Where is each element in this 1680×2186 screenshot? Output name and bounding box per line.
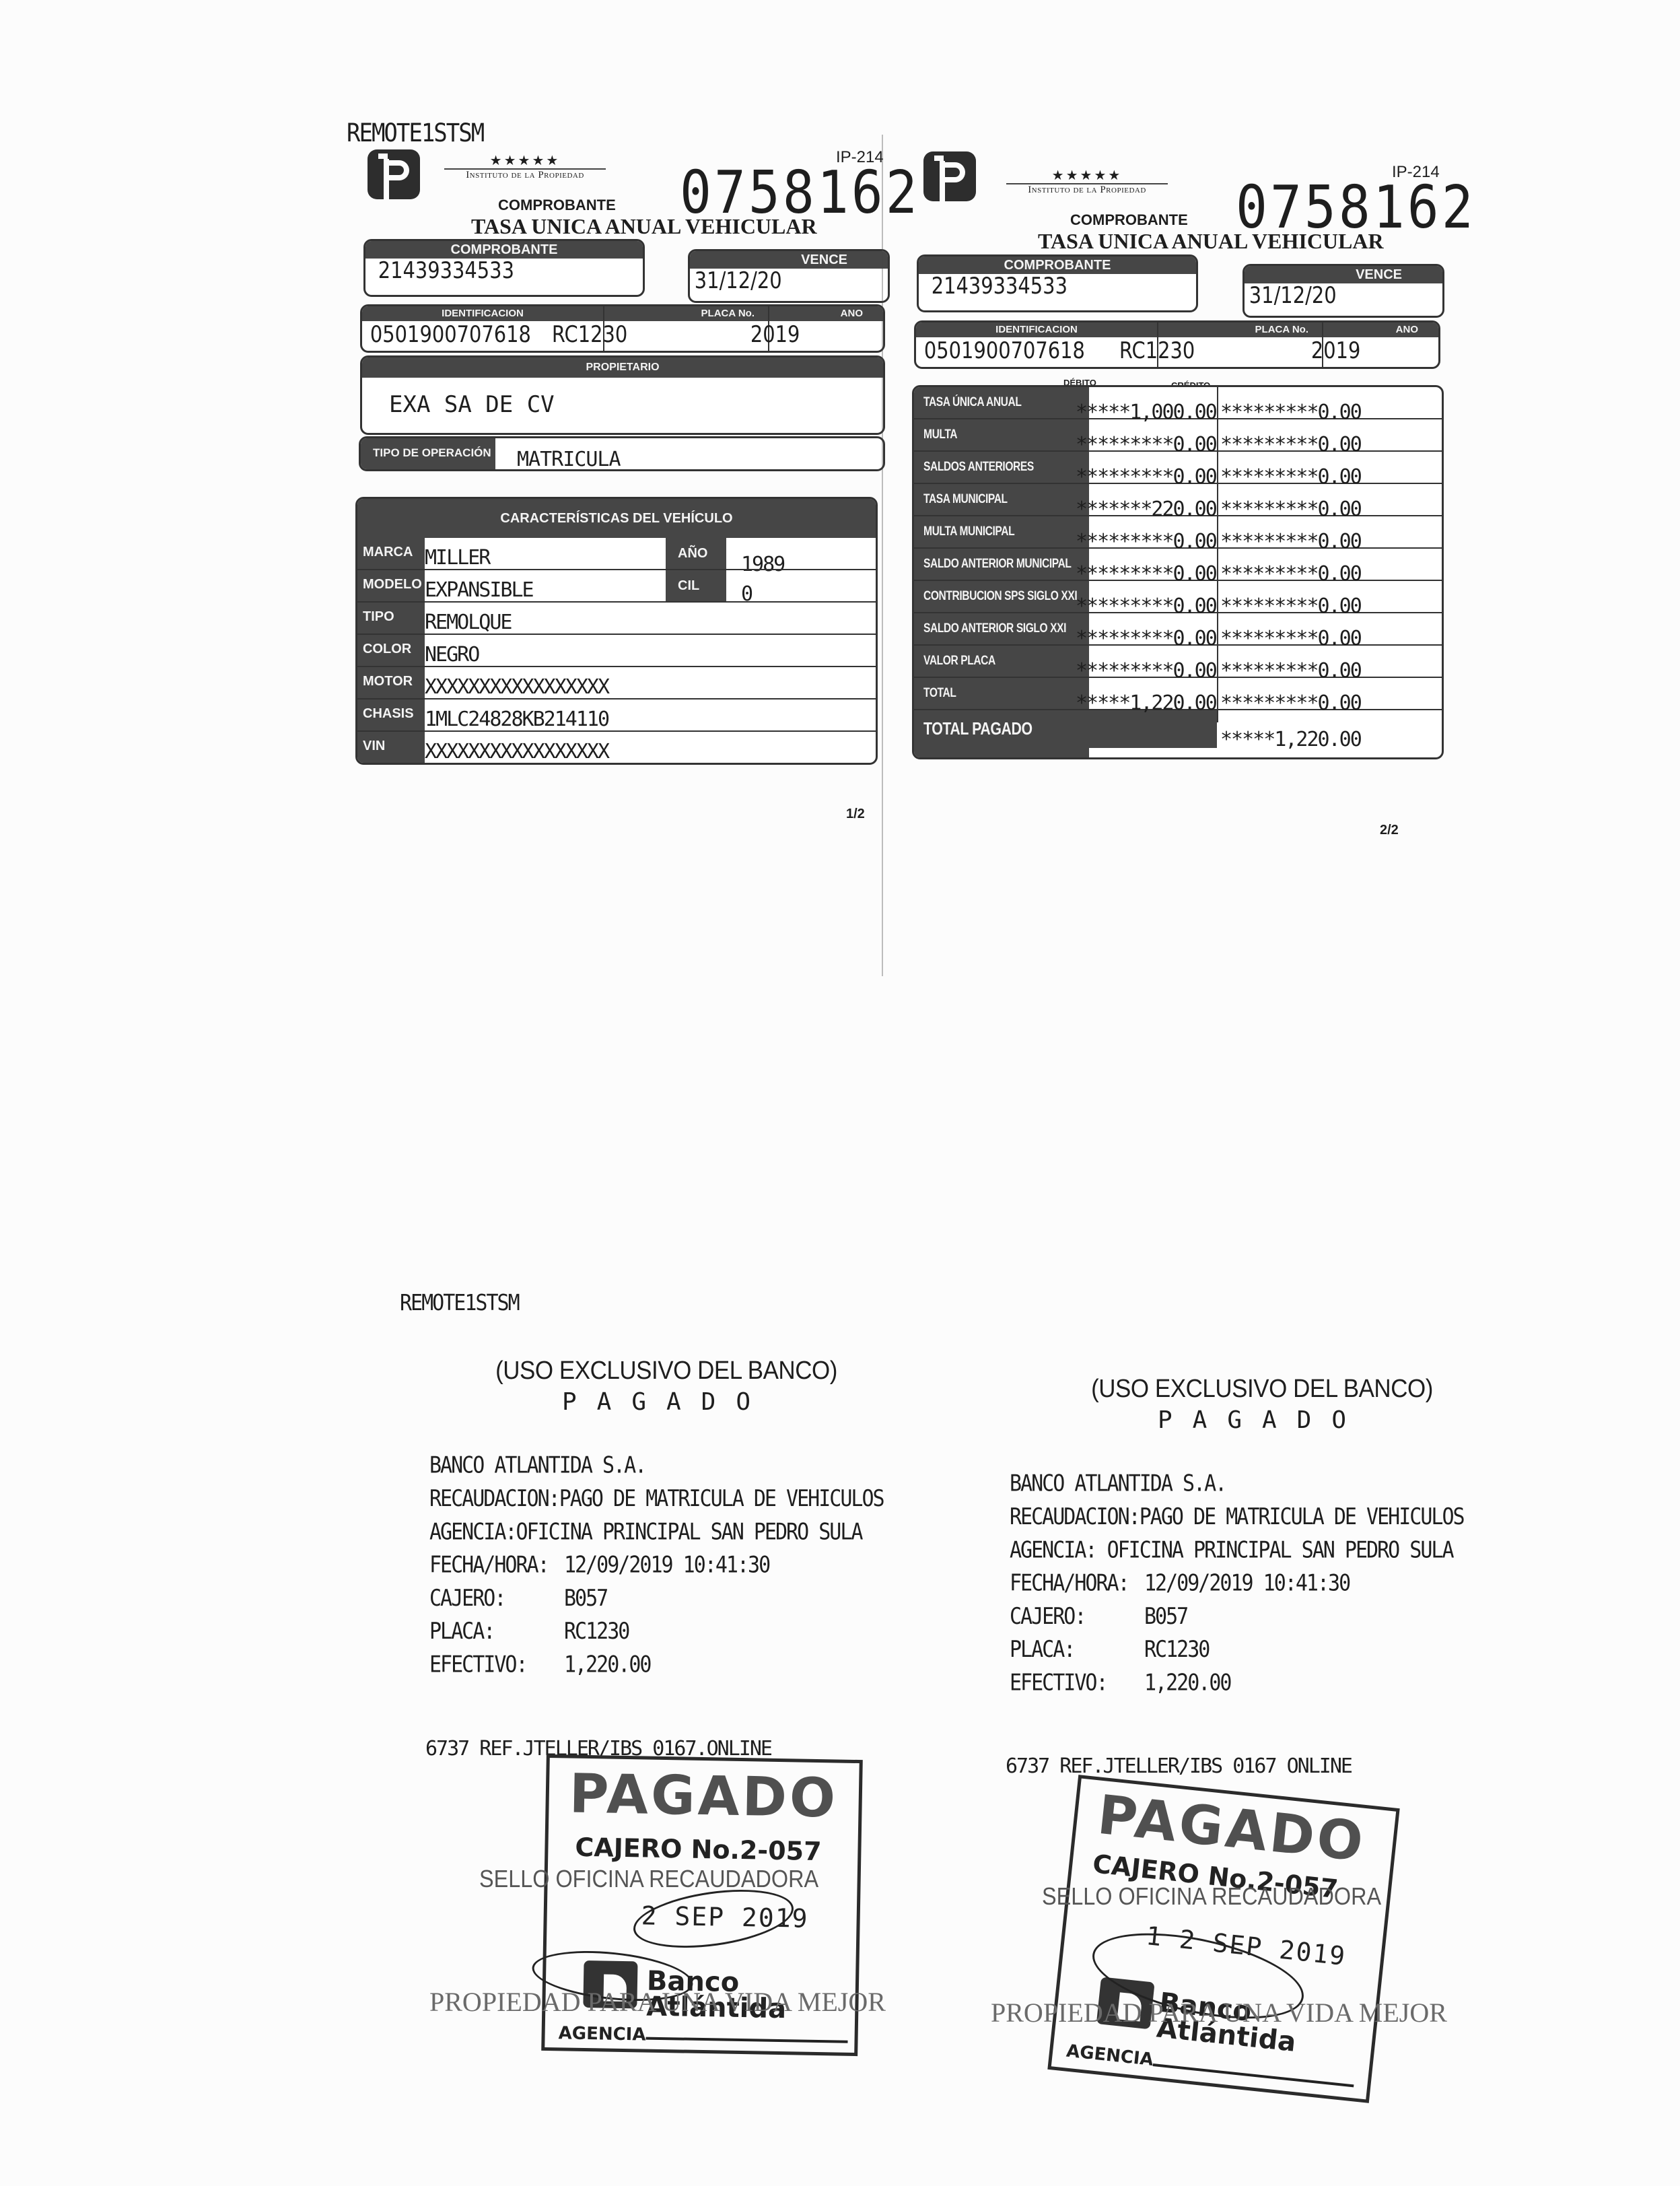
charges-table: TASA ÚNICA ANUAL*****1,000.00*********0.…: [912, 385, 1444, 759]
text-field: AGENCIA:: [429, 1519, 516, 1545]
receipt-line: EFECTIVO:1,220.00: [429, 1649, 902, 1682]
placa-value: RC1230: [1111, 337, 1290, 364]
receipt-line: FECHA/HORA:12/09/2019 10:41:30: [429, 1549, 902, 1582]
text-field: *********0.00: [1220, 594, 1361, 618]
text-field: FECHA/HORA:: [429, 1549, 564, 1582]
text-field: 12/09/2019 10:41:30: [1144, 1570, 1350, 1596]
text-field: EFECTIVO:: [1010, 1667, 1144, 1700]
identification-row-left: IDENTIFICACION 0501900707618 PLACA No. R…: [360, 304, 885, 353]
receipt-line: EFECTIVO:1,220.00: [1010, 1667, 1508, 1700]
text-field: VALOR PLACA: [923, 654, 995, 669]
vehicle-row: CHASIS1MLC24828KB214110: [357, 699, 876, 732]
text-field: CONTRIBUCION SPS SIGLO XXI: [923, 589, 1077, 604]
operation-type-box: TIPO DE OPERACIÓN MATRICULA: [359, 436, 885, 471]
institution-left: ★★★★★ Instituto de la Propiedad: [444, 153, 606, 181]
text-field: *********0.00: [1220, 433, 1361, 456]
receipt-line: CAJERO:B057: [1010, 1600, 1508, 1633]
text-field: SALDOS ANTERIORES: [923, 460, 1034, 475]
text-field: *********0.00: [1076, 562, 1216, 586]
bank-status: PAGADO: [431, 1388, 902, 1416]
comprobante-value: 21439334533: [365, 259, 601, 283]
vehicle-title: CARACTERÍSTICAS DEL VEHÍCULO: [357, 499, 876, 538]
document-title-right: TASA UNICA ANUAL VEHICULAR: [1038, 229, 1384, 254]
charge-row: MULTA*********0.00*********0.00: [914, 419, 1442, 452]
text-field: *********0.00: [1220, 659, 1361, 683]
vehicle-row: TIPOREMOLQUE: [357, 603, 876, 635]
charge-row: SALDOS ANTERIORES*********0.00*********0…: [914, 452, 1442, 484]
receipt-line: RECAUDACION:PAGO DE MATRICULA DE VEHICUL…: [1010, 1501, 1508, 1534]
comprobante-label: COMPROBANTE: [365, 241, 643, 259]
text-field: OFICINA PRINCIPAL SAN PEDRO SULA: [516, 1519, 862, 1545]
text-field: *****1,220.00: [1076, 691, 1216, 715]
total-paid-label: TOTAL PAGADO: [923, 718, 1032, 739]
text-field: *********0.00: [1076, 433, 1216, 456]
text-field: MULTA MUNICIPAL: [923, 524, 1014, 539]
charge-row: CONTRIBUCION SPS SIGLO XXI*********0.00*…: [914, 581, 1442, 613]
bank-header-code: REMOTE1STSM: [400, 1290, 519, 1316]
text-field: 1,220.00: [1144, 1670, 1231, 1696]
receipt-line: PLACA:RC1230: [1010, 1633, 1508, 1666]
owner-box: PROPIETARIO EXA SA DE CV: [360, 355, 885, 435]
tipo-operacion-value: MATRICULA: [517, 448, 621, 471]
vehicle-row: COLORNEGRO: [357, 635, 876, 667]
vence-label: VENCE: [1245, 266, 1442, 283]
charge-row: TASA MUNICIPAL*******220.00*********0.00: [914, 484, 1442, 516]
propietario-value: EXA SA DE CV: [362, 378, 883, 418]
vence-value: 31/12/20: [690, 269, 858, 293]
text-field: AGENCIA:: [1010, 1537, 1096, 1563]
text-field: SALDO ANTERIOR SIGLO XXI: [923, 621, 1066, 636]
text-field: *********0.00: [1220, 691, 1361, 715]
page-number-2: 2/2: [1380, 823, 1399, 838]
receipt-line: PLACA:RC1230: [429, 1615, 902, 1648]
bank-use-label: (USO EXCLUSIVO DEL BANCO): [1036, 1375, 1488, 1404]
identificacion-label: IDENTIFICACION: [916, 322, 1157, 337]
vence-box-right: VENCE 31/12/20: [1242, 264, 1444, 318]
identificacion-value: 0501900707618: [916, 337, 1121, 364]
total-paid-value: *****1,220.00: [1220, 728, 1361, 751]
text-field: B057: [564, 1585, 607, 1612]
vehicle-row-value: REMOLQUE: [425, 611, 512, 634]
vehicle-row-label: MOTOR: [363, 674, 413, 689]
vehicle-row-label: MARCA: [363, 545, 413, 560]
document-title-left: TASA UNICA ANUAL VEHICULAR: [471, 214, 817, 239]
ip-logo-left: [367, 149, 420, 199]
slogan-left: PROPIEDAD PARA UNA VIDA MEJOR: [429, 1986, 886, 2018]
comprobante-box-left: COMPROBANTE 21439334533: [363, 239, 645, 297]
document-header-code: REMOTE1STSM: [347, 118, 483, 148]
stamp-agencia: AGENCIA: [1065, 2041, 1154, 2070]
receipt-line: FECHA/HORA:12/09/2019 10:41:30: [1010, 1567, 1508, 1600]
identification-row-right: IDENTIFICACION 0501900707618 PLACA No. R…: [914, 320, 1440, 369]
stamp-word: PAGADO: [569, 1763, 839, 1830]
vehicle-row-value: EXPANSIBLE: [425, 578, 533, 602]
page-number-1: 1/2: [846, 807, 865, 822]
text-field: PLACA:: [429, 1615, 564, 1648]
ano-value: 2019: [1303, 337, 1418, 364]
text-field: 12/09/2019 10:41:30: [564, 1552, 769, 1578]
text-field: TASA ÚNICA ANUAL: [923, 395, 1021, 410]
stamp-cashier: CAJERO No.2-057: [575, 1833, 822, 1866]
voucher-label-left: COMPROBANTE: [498, 197, 616, 214]
divider-line: [882, 135, 883, 976]
text-field: 1,220.00: [564, 1651, 651, 1678]
tipo-operacion-label: TIPO DE OPERACIÓN: [361, 438, 495, 469]
charge-row: SALDO ANTERIOR SIGLO XXI*********0.00***…: [914, 613, 1442, 646]
vehicle-row-value: XXXXXXXXXXXXXXXXX: [425, 740, 608, 763]
ano-value: 2019: [742, 321, 862, 348]
text-field: TASA MUNICIPAL: [923, 492, 1008, 507]
comprobante-label: COMPROBANTE: [919, 257, 1196, 274]
text-field: *********0.00: [1220, 627, 1361, 650]
text-field: FECHA/HORA:: [1010, 1567, 1144, 1600]
charge-row: SALDO ANTERIOR MUNICIPAL*********0.00***…: [914, 549, 1442, 581]
vehicle-row-label: COLOR: [363, 642, 411, 657]
text-field: *****1,000.00: [1076, 401, 1216, 424]
text-field: *********0.00: [1220, 530, 1361, 553]
bank-receipt-right: (USO EXCLUSIVO DEL BANCO) PAGADO BANCO A…: [1016, 1375, 1508, 1675]
identificacion-label: IDENTIFICACION: [362, 306, 603, 321]
placa-label: PLACA No.: [604, 306, 768, 321]
receipt-line: AGENCIA:OFICINA PRINCIPAL SAN PEDRO SULA: [429, 1516, 902, 1549]
text-field: PAGO DE MATRICULA DE VEHICULOS: [559, 1486, 884, 1512]
vehicle-row-value: 1MLC24828KB214110: [425, 708, 608, 731]
receipt-line: CAJERO:B057: [429, 1582, 902, 1615]
identificacion-value: 0501900707618: [362, 321, 567, 348]
total-paid-row: TOTAL PAGADO *****1,220.00: [914, 710, 1442, 748]
text-field: EFECTIVO:: [429, 1649, 564, 1682]
comprobante-value: 21439334533: [919, 274, 1154, 298]
vehicle-row: VINXXXXXXXXXXXXXXXXX: [357, 732, 876, 764]
text-field: PAGO DE MATRICULA DE VEHICULOS: [1140, 1504, 1464, 1530]
text-field: OFICINA PRINCIPAL SAN PEDRO SULA: [1107, 1537, 1453, 1563]
text-field: MULTA: [923, 428, 957, 442]
text-field: *********0.00: [1220, 401, 1361, 424]
vence-value: 31/12/20: [1245, 283, 1413, 308]
slogan-right: PROPIEDAD PARA UNA VIDA MEJOR: [991, 1997, 1447, 2028]
text-field: RECAUDACION:: [1010, 1504, 1140, 1530]
vence-label: VENCE: [690, 251, 888, 269]
bank-status: PAGADO: [1016, 1406, 1508, 1434]
text-field: CAJERO:: [429, 1582, 564, 1615]
placa-value: RC1230: [544, 321, 734, 348]
text-field: *********0.00: [1220, 498, 1361, 521]
placa-label: PLACA No.: [1158, 322, 1322, 337]
office-seal-label-right: SELLO OFICINA RECAUDADORA: [1042, 1882, 1381, 1911]
vehicle-row-label: MODELO: [363, 577, 422, 592]
charge-row: MULTA MUNICIPAL*********0.00*********0.0…: [914, 516, 1442, 549]
vehicle-row-label: VIN: [363, 739, 385, 754]
bank-name: BANCO ATLANTIDA S.A.: [1010, 1468, 1508, 1501]
vehicle-row-label: TIPO: [363, 609, 394, 625]
ano-label: ANO: [1323, 322, 1438, 337]
text-field: *********0.00: [1076, 594, 1216, 618]
comprobante-box-right: COMPROBANTE 21439334533: [917, 254, 1198, 312]
vehicle-row-value: XXXXXXXXXXXXXXXXX: [425, 675, 608, 699]
receipt-line: AGENCIA: OFICINA PRINCIPAL SAN PEDRO SUL…: [1010, 1534, 1508, 1567]
bank-name: BANCO ATLANTIDA S.A.: [429, 1449, 902, 1482]
vehicle-row-value: MILLER: [425, 546, 489, 570]
reference-right: 6737 REF.JTELLER/IBS 0167 ONLINE: [1006, 1754, 1352, 1778]
stars-icon: ★★★★★: [1006, 168, 1168, 184]
bank-use-label: (USO EXCLUSIVO DEL BANCO): [450, 1357, 883, 1386]
stamp-agencia: AGENCIA: [558, 2023, 645, 2045]
vehicle-row-value: NEGRO: [425, 643, 479, 667]
text-field: RECAUDACION:: [429, 1486, 559, 1512]
stars-icon: ★★★★★: [444, 153, 606, 170]
charge-row-total: TOTAL*****1,220.00*********0.00: [914, 678, 1442, 710]
institution-name: Instituto de la Propiedad: [1006, 184, 1168, 196]
institution-right: ★★★★★ Instituto de la Propiedad: [1006, 168, 1168, 196]
ano-label: ANO: [769, 306, 883, 321]
ip-logo-right: [923, 151, 976, 201]
text-field: RC1230: [564, 1618, 629, 1645]
text-field: RC1230: [1144, 1637, 1209, 1663]
text-field: *******220.00: [1076, 498, 1216, 521]
bank-receipt-left: (USO EXCLUSIVO DEL BANCO) PAGADO BANCO A…: [431, 1357, 902, 1657]
charge-row: VALOR PLACA*********0.00*********0.00: [914, 646, 1442, 678]
office-seal-label-left: SELLO OFICINA RECAUDADORA: [479, 1865, 818, 1893]
text-field: PLACA:: [1010, 1633, 1144, 1666]
text-field: TOTAL: [923, 686, 956, 701]
charge-row: TASA ÚNICA ANUAL*****1,000.00*********0.…: [914, 387, 1442, 419]
vehicle-row: MARCAMILLER: [357, 538, 876, 570]
text-field: *********0.00: [1076, 465, 1216, 489]
voucher-label-right: COMPROBANTE: [1070, 211, 1188, 229]
text-field: CAJERO:: [1010, 1600, 1144, 1633]
paid-stamp-right: PAGADO CAJERO No.2-057 1 2 SEP 2019 Banc…: [1047, 1775, 1399, 2103]
vehicle-row-label: CHASIS: [363, 706, 414, 722]
text-field: *********0.00: [1220, 562, 1361, 586]
text-field: *********0.00: [1220, 465, 1361, 489]
vehicle-row: MOTORXXXXXXXXXXXXXXXXX: [357, 667, 876, 699]
text-field: SALDO ANTERIOR MUNICIPAL: [923, 557, 1072, 572]
propietario-label: PROPIETARIO: [362, 357, 883, 378]
vehicle-row: MODELOEXPANSIBLE: [357, 570, 876, 603]
receipt-line: RECAUDACION:PAGO DE MATRICULA DE VEHICUL…: [429, 1482, 902, 1515]
vehicle-characteristics: CARACTERÍSTICAS DEL VEHÍCULO AÑO CIL 198…: [355, 497, 878, 765]
text-field: *********0.00: [1076, 530, 1216, 553]
vence-box-left: VENCE 31/12/20: [688, 249, 890, 303]
text-field: B057: [1144, 1604, 1187, 1630]
text-field: *********0.00: [1076, 659, 1216, 683]
text-field: *********0.00: [1076, 627, 1216, 650]
institution-name: Instituto de la Propiedad: [444, 170, 606, 181]
